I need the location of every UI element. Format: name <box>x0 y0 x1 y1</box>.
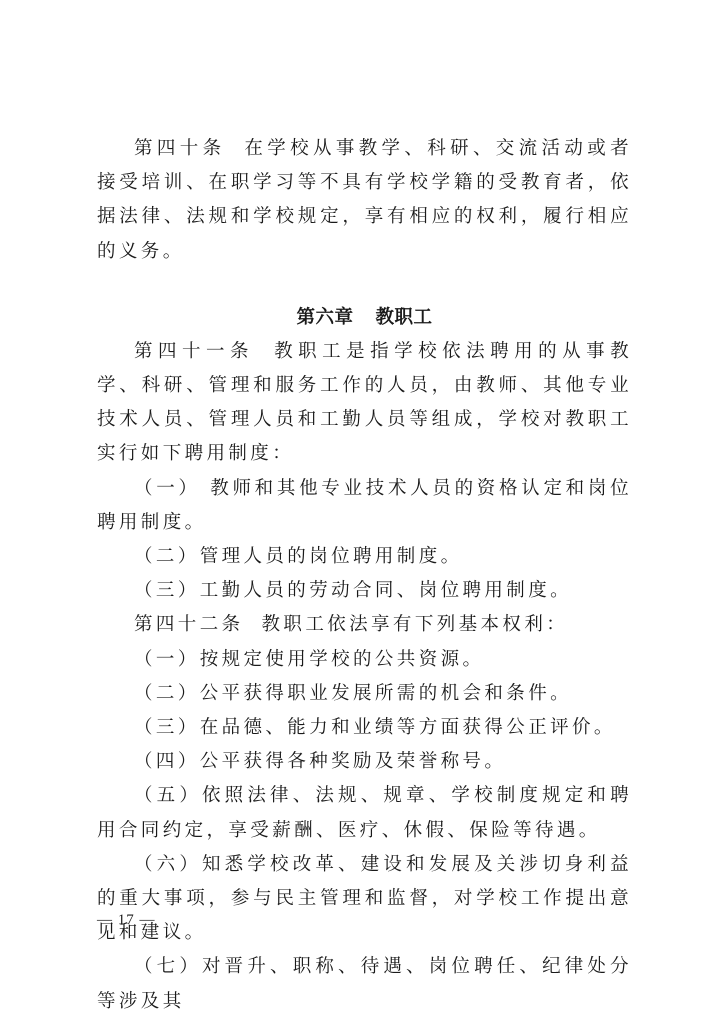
chapter-number: 第六章 <box>296 307 353 328</box>
article-42-item-1: （一）按规定使用学校的公共资源。 <box>97 643 632 677</box>
article-41-label: 第四十一条 <box>134 341 254 362</box>
chapter-heading: 第六章教职工 <box>97 301 632 335</box>
article-41-item-3: （三）工勤人员的劳动合同、岗位聘用制度。 <box>97 574 632 608</box>
article-40-label: 第四十条 <box>134 138 225 159</box>
article-41-item-1: （一） 教师和其他专业技术人员的资格认定和岗位聘用制度。 <box>97 472 632 540</box>
article-41: 第四十一条教职工是指学校依法聘用的从事教学、科研、管理和服务工作的人员，由教师、… <box>97 335 632 472</box>
document-page: 第四十条在学校从事教学、科研、交流活动或者接受培训、在职学习等不具有学校学籍的受… <box>97 132 632 1019</box>
page-number: — 17 — <box>97 912 156 929</box>
article-42-item-4: （四）公平获得各种奖励及荣誉称号。 <box>97 745 632 779</box>
article-42-item-7: （七）对晋升、职称、待遇、岗位聘任、纪律处分等涉及其 <box>97 950 632 1018</box>
article-40: 第四十条在学校从事教学、科研、交流活动或者接受培训、在职学习等不具有学校学籍的受… <box>97 132 632 269</box>
article-42-item-3: （三）在品德、能力和业绩等方面获得公正评价。 <box>97 711 632 745</box>
article-42-item-2: （二）公平获得职业发展所需的机会和条件。 <box>97 677 632 711</box>
article-41-item-2: （二）管理人员的岗位聘用制度。 <box>97 540 632 574</box>
article-42-label: 第四十二条 <box>134 614 244 635</box>
article-42-item-5: （五）依照法律、法规、规章、学校制度规定和聘用合同约定，享受薪酬、医疗、休假、保… <box>97 779 632 847</box>
article-42-text: 教职工依法享有下列基本权利： <box>262 614 569 635</box>
chapter-title: 教职工 <box>376 307 433 328</box>
article-42-item-6: （六）知悉学校改革、建设和发展及关涉切身利益的重大事项，参与民主管理和监督，对学… <box>97 848 632 951</box>
article-42: 第四十二条教职工依法享有下列基本权利： <box>97 608 632 642</box>
